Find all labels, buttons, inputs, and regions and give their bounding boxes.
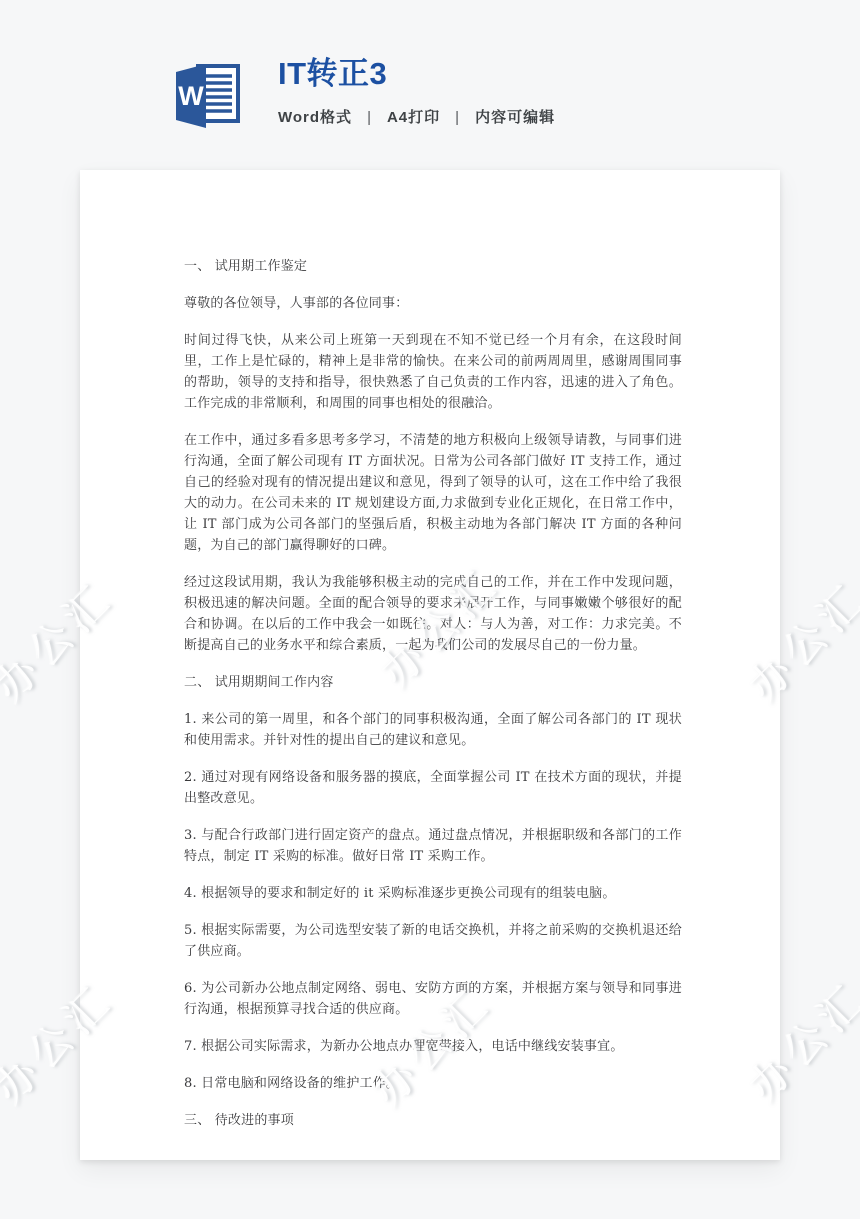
doc-heading: 一、 试用期工作鉴定 [184, 256, 682, 277]
svg-text:W: W [178, 81, 204, 111]
document-content: 一、 试用期工作鉴定尊敬的各位领导，人事部的各位同事：时间过得飞快，从来公司上班… [80, 170, 780, 1131]
doc-heading: 三、 待改进的事项 [184, 1110, 682, 1131]
doc-paragraph: 3. 与配合行政部门进行固定资产的盘点。通过盘点情况，并根据职级和各部门的工作特… [184, 825, 682, 867]
word-icon: W [168, 61, 242, 131]
doc-paragraph: 经过这段试用期，我认为我能够积极主动的完成自己的工作，并在工作中发现问题，积极迅… [184, 572, 682, 656]
meta-print: A4打印 [387, 109, 440, 126]
doc-paragraph: 1. 来公司的第一周里，和各个部门的同事积极沟通，全面了解公司各部门的 IT 现… [184, 709, 682, 751]
document-page: 一、 试用期工作鉴定尊敬的各位领导，人事部的各位同事：时间过得飞快，从来公司上班… [80, 170, 780, 1160]
template-header: W IT转正3 Word格式|A4打印|内容可编辑 [0, 0, 860, 170]
doc-heading: 二、 试用期期间工作内容 [184, 672, 682, 693]
doc-paragraph: 4. 根据领导的要求和制定好的 it 采购标准逐步更换公司现有的组装电脑。 [184, 883, 682, 904]
meta-format: Word格式 [278, 109, 352, 126]
meta-separator: | [455, 109, 460, 126]
doc-paragraph: 时间过得飞快，从来公司上班第一天到现在不知不觉已经一个月有余，在这段时间里，工作… [184, 330, 682, 414]
doc-paragraph: 6. 为公司新办公地点制定网络、弱电、安防方面的方案，并根据方案与领导和同事进行… [184, 978, 682, 1020]
doc-paragraph: 在工作中，通过多看多思考多学习，不清楚的地方积极向上级领导请教，与同事们进行沟通… [184, 430, 682, 556]
meta-separator: | [367, 109, 372, 126]
doc-paragraph: 7. 根据公司实际需求，为新办公地点办理宽带接入，电话中继线安装事宜。 [184, 1036, 682, 1057]
page-title: IT转正3 [278, 58, 555, 91]
doc-paragraph: 2. 通过对现有网络设备和服务器的摸底，全面掌握公司 IT 在技术方面的现状，并… [184, 767, 682, 809]
header-text-block: IT转正3 Word格式|A4打印|内容可编辑 [278, 58, 555, 127]
format-meta: Word格式|A4打印|内容可编辑 [278, 106, 555, 127]
doc-paragraph: 5. 根据实际需要，为公司选型安装了新的电话交换机，并将之前采购的交换机退还给了… [184, 920, 682, 962]
meta-editable: 内容可编辑 [475, 109, 555, 126]
doc-paragraph: 8. 日常电脑和网络设备的维护工作。 [184, 1073, 682, 1094]
doc-paragraph: 尊敬的各位领导，人事部的各位同事： [184, 293, 682, 314]
